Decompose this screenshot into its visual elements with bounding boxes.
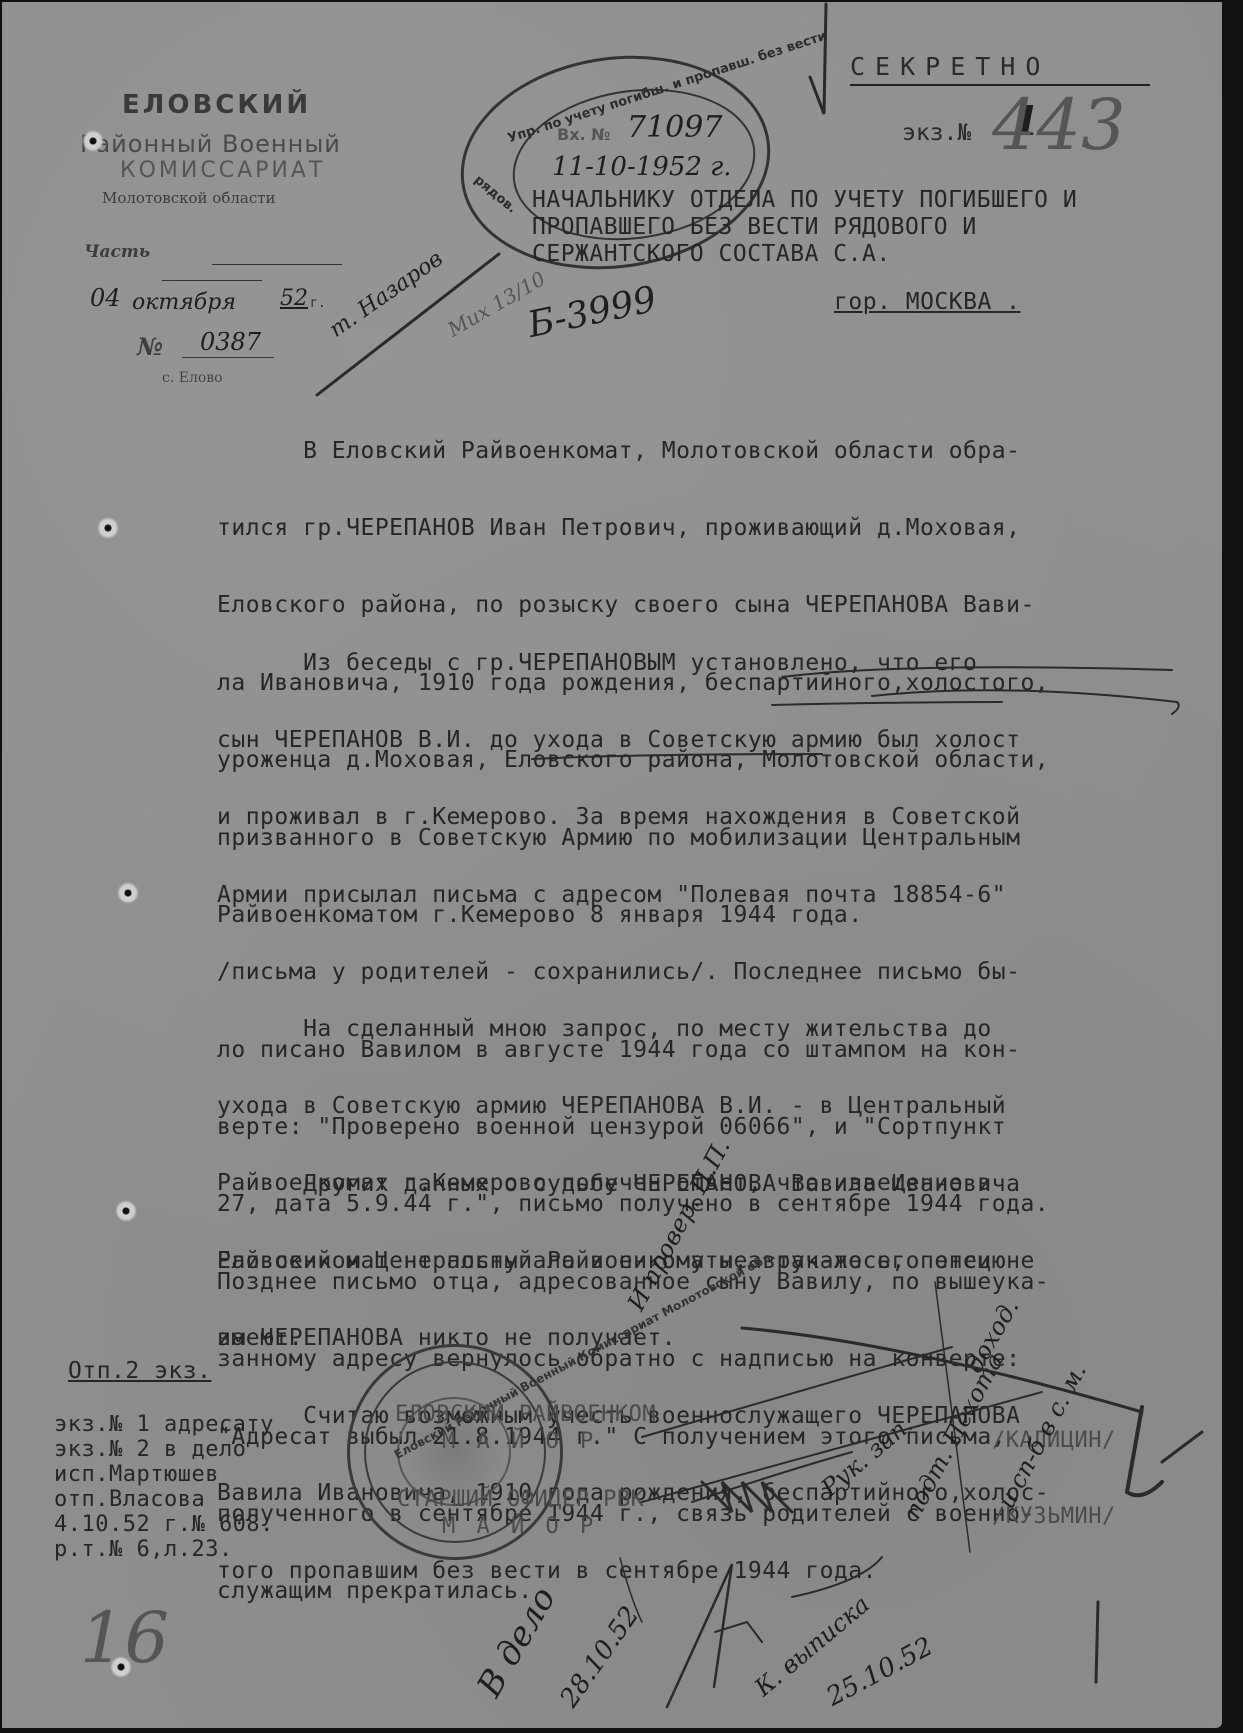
- distribution-line: 4.10.52 г.№ 608.: [54, 1512, 274, 1537]
- classification: СЕКРЕТНО: [850, 52, 1050, 81]
- date-day: 04: [90, 284, 121, 312]
- copy-label: экз.№: [902, 120, 971, 146]
- margin-note-1: т. Назаров: [325, 246, 448, 342]
- body-line: В Еловский Райвоенкомат, Молотовской обл…: [217, 439, 1049, 465]
- stamp-line-1: ЕЛОВСКИЙ: [122, 90, 360, 120]
- place-name: с. Елово: [162, 370, 223, 386]
- punch-hole: [97, 517, 119, 539]
- stamp-line-3: КОМИССАРИАТ: [120, 158, 360, 183]
- signature-title-2: СТАРШИЙ ОФИЦЕР РВК: [397, 1487, 644, 1512]
- signature-title-1: ЕЛОВСКИЙ РАЙВОЕНКОМ: [395, 1402, 656, 1427]
- addressee-line-2: ПРОПАВШЕГО БЕЗ ВЕСТИ РЯДОВОГО И: [532, 214, 977, 240]
- copy-big-hand-number: 443: [992, 84, 1126, 166]
- body-line: Других данных о судьбе ЧЕРЕПАНОВА Вавила…: [217, 1172, 1049, 1198]
- number-underline: [182, 357, 274, 358]
- body-line: того пропавшим без вести в сентябре 1944…: [217, 1559, 1049, 1585]
- punch-hole: [110, 1656, 132, 1678]
- incoming-number: 71097: [627, 110, 722, 145]
- body-line: На сделанный мною запрос, по месту жител…: [217, 1017, 1006, 1043]
- body-paragraph-4: Других данных о судьбе ЧЕРЕПАНОВА Вавила…: [217, 1120, 1049, 1636]
- distribution-line: экз.№ 2 в дело: [54, 1437, 274, 1462]
- body-line: Еловский и Центральный Райвоенкоматы,а т…: [217, 1249, 1049, 1275]
- addressee-line-1: НАЧАЛЬНИКУ ОТДЕЛА ПО УЧЕТУ ПОГИБШЕГО И: [532, 187, 1077, 213]
- distribution-line: отп.Власова: [54, 1487, 274, 1512]
- addressee-city: гор. МОСКВА .: [834, 289, 1021, 315]
- body-line: Из беседы с гр.ЧЕРЕПАНОВЫМ установлено, …: [217, 651, 1049, 677]
- punch-hole: [82, 130, 104, 152]
- addressee-line-3: СЕРЖАНТСКОГО СОСТАВА С.А.: [532, 241, 891, 267]
- body-line: ухода в Советскую армию ЧЕРЕПАНОВА В.И. …: [217, 1094, 1006, 1120]
- incoming-date: 11-10-1952 г.: [552, 152, 732, 182]
- punch-hole: [115, 1200, 137, 1222]
- body-line: сын ЧЕРЕПАНОВ В.И. до ухода в Советскую …: [217, 728, 1049, 754]
- distribution-line: исп.Мартюшев: [54, 1462, 274, 1487]
- body-line: Армии присылал письма с адресом "Полевая…: [217, 883, 1049, 909]
- date-year: 52: [280, 286, 308, 311]
- distribution-line: экз.№ 1 адресату: [54, 1412, 274, 1437]
- part-underline: [212, 264, 342, 265]
- punch-hole: [117, 882, 139, 904]
- distribution-list: экз.№ 1 адресату экз.№ 2 в дело исп.Март…: [54, 1412, 274, 1562]
- stamp-line-2: Районный Военный: [80, 130, 360, 158]
- distribution-heading: Отп.2 экз.: [68, 1358, 211, 1384]
- body-line: тился гр.ЧЕРЕПАНОВ Иван Петрович, прожив…: [217, 516, 1049, 542]
- date-suffix: г.: [310, 296, 326, 311]
- stamp-line-4: Молотовской области: [102, 189, 360, 207]
- part-underline-2: [162, 280, 262, 281]
- signature-rank-2: М А Й О Р: [442, 1514, 597, 1539]
- outgoing-number: 0387: [200, 328, 261, 356]
- document-page: ЕЛОВСКИЙ Районный Военный КОМИССАРИАТ Мо…: [2, 2, 1222, 1728]
- incoming-label: Вх. №: [557, 125, 610, 144]
- body-line: и проживал в г.Кемерово. За время нахожд…: [217, 805, 1049, 831]
- number-label: №: [137, 332, 163, 361]
- part-label: Часть: [84, 242, 150, 262]
- signature-rank-1: М А Й О Р: [442, 1429, 597, 1454]
- distribution-line: р.т.№ 6,л.23.: [54, 1537, 274, 1562]
- date-month: октября: [132, 290, 236, 315]
- sender-stamp: ЕЛОВСКИЙ Районный Военный КОМИССАРИАТ Мо…: [80, 90, 360, 207]
